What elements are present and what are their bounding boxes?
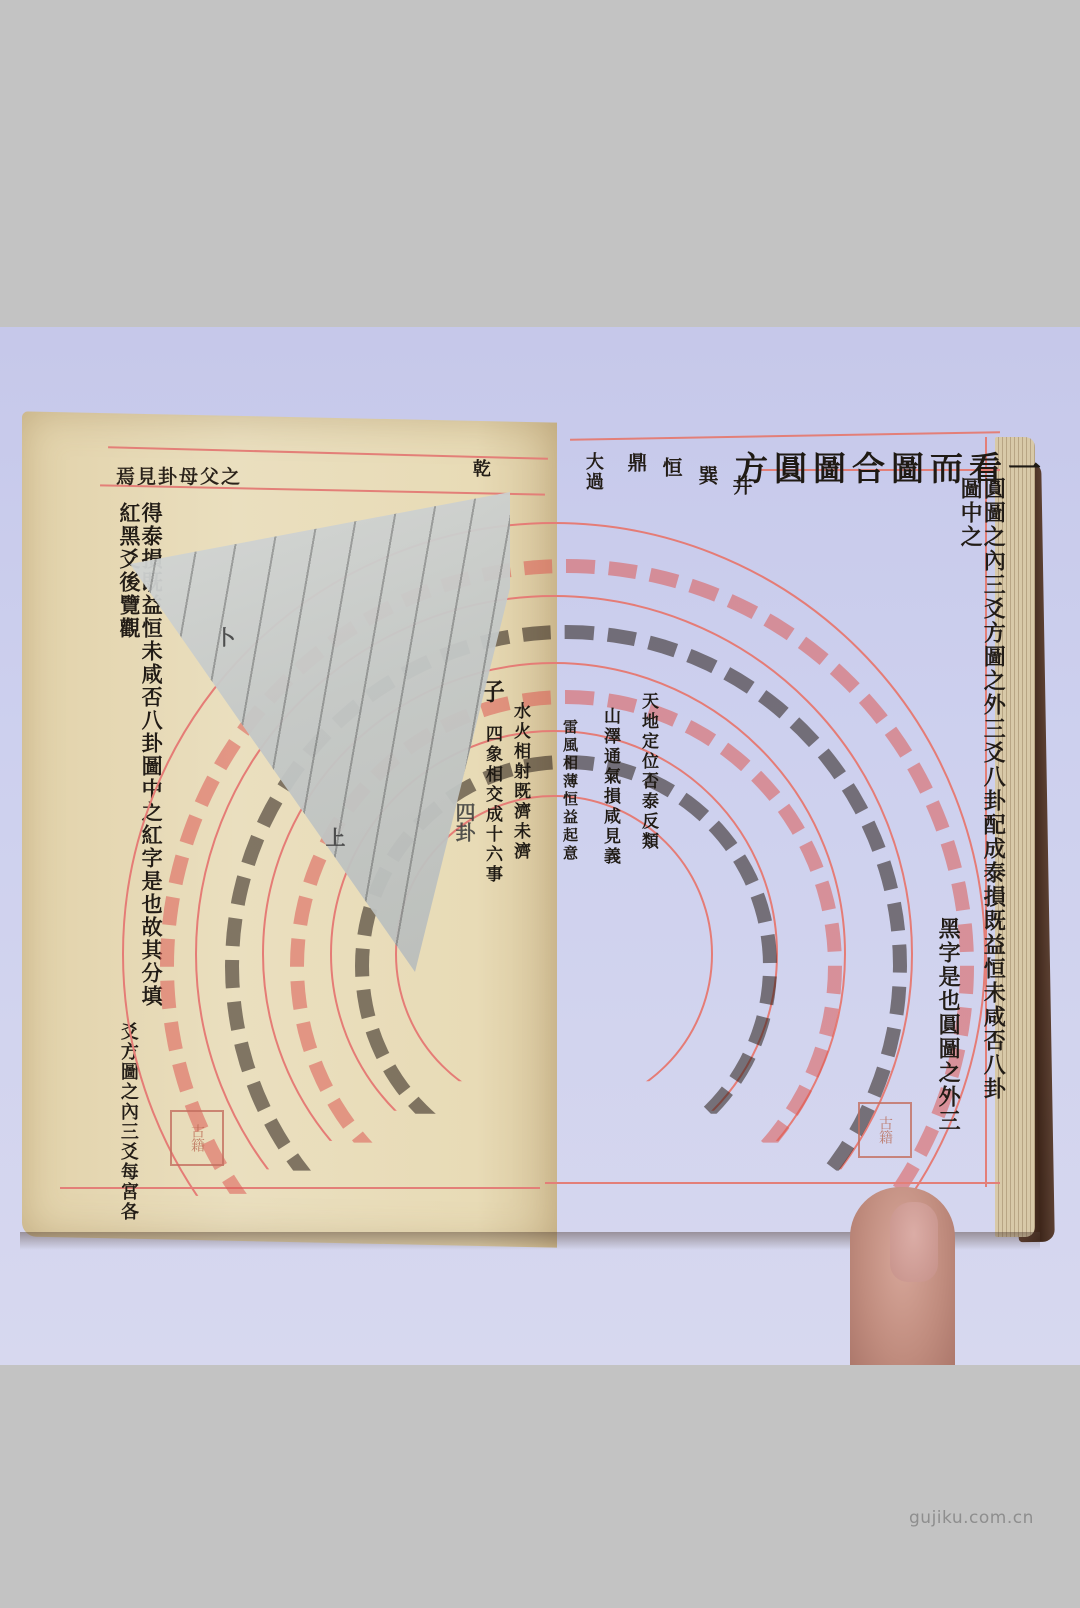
arc-label-daguo: 大過 xyxy=(583,452,602,492)
left-title-tail: 乾 xyxy=(470,459,489,479)
right-center-text-1: 天地定位否泰反類 xyxy=(636,692,661,852)
viewer-top-band xyxy=(0,0,1080,327)
left-page-seal: 古籍 xyxy=(170,1110,224,1166)
right-center-text-3: 雷風相薄恒益起意 xyxy=(560,719,581,863)
fan-text-1: 卜 xyxy=(210,627,239,647)
right-bottom-rule xyxy=(545,1182,1000,1184)
arc-label-heng: 恒 xyxy=(660,457,681,479)
left-page-title: 焉見卦母父之 xyxy=(116,462,242,489)
left-inner-text-1: 水火相射既濟未濟 xyxy=(508,702,533,862)
right-margin-column-2: 黑字是也圓圖之外三 xyxy=(936,917,959,1157)
right-center-text-2: 山澤通氣損咸見義 xyxy=(598,707,623,867)
arc-label-xun: 巽 xyxy=(696,465,717,487)
fan-text-3: 四卦 xyxy=(450,802,479,842)
site-watermark: gujiku.com.cn xyxy=(909,1508,1034,1528)
right-margin-column-1: 圓圖之內三爻方圖之外三爻八卦配成泰損既益恒未咸否八卦圖中之 xyxy=(958,477,1004,1117)
arc-label-ding: 鼎 xyxy=(625,452,646,474)
left-inner-text-2: 四象相交成十六事 xyxy=(480,725,505,885)
fingernail xyxy=(890,1202,938,1282)
arc-label-jing: 井 xyxy=(730,475,751,497)
viewer-bottom-band xyxy=(0,1365,1080,1608)
fan-text-2: 上 xyxy=(320,827,349,847)
book-photo: 焉見卦母父之 乾 得泰損既益恒未咸否八卦圖中之紅字是也故其分填紅黑爻後覽觀 爻方… xyxy=(0,327,1080,1365)
right-page-seal: 古籍 xyxy=(858,1102,912,1158)
